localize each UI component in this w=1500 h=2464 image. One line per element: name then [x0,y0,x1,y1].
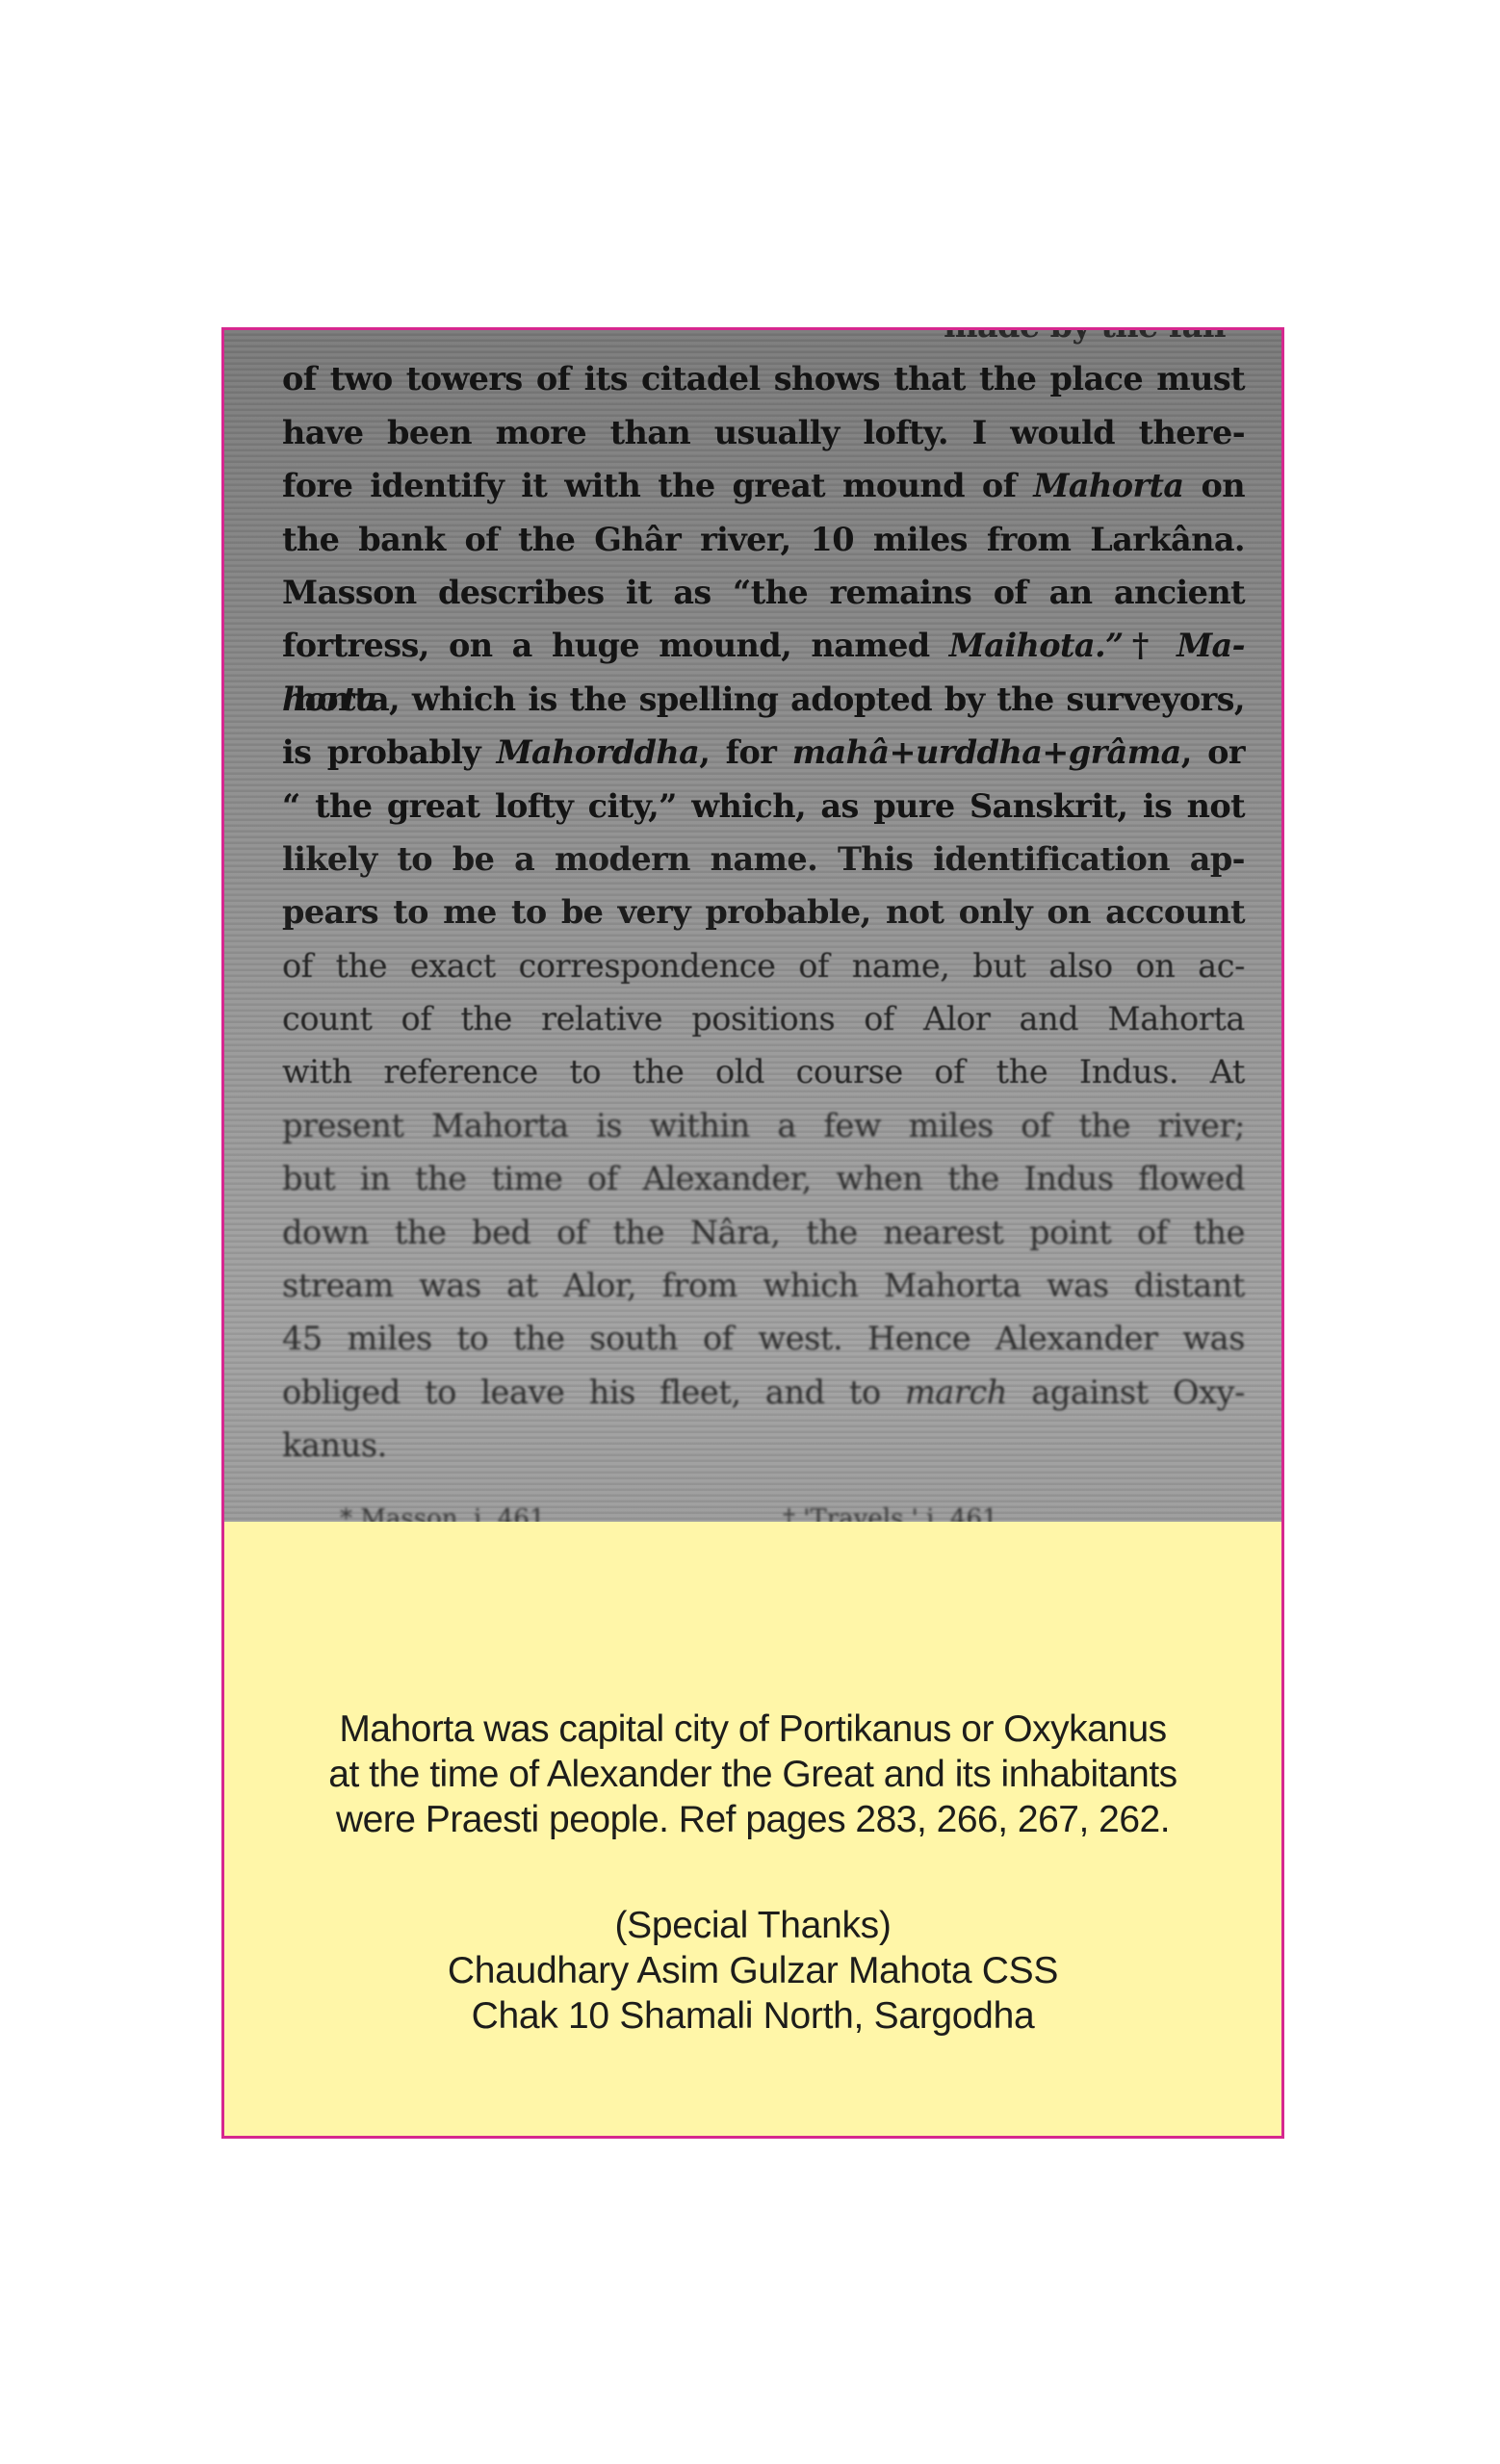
scan-line-10: likely to be a modern name. This identif… [282,833,1245,885]
scan-line-8-tail: , or [1181,733,1245,771]
scan-line-6-text: fortress, on a huge mound, named [282,627,930,664]
credit-name: Chaudhary Asim Gulzar Mahota CSS [224,1948,1281,1993]
credit-location: Chak 10 Shamali North, Sargodha [224,1993,1281,2039]
scan-line-7: hortahorta, which is the spelling adopte… [282,673,1245,726]
caption-line-3: were Praesti people. Ref pages 283, 266,… [224,1797,1281,1842]
scan-line-6: fortress, on a huge mound, named Maihota… [282,619,1245,672]
scan-line-3-tail: on [1201,467,1245,504]
italic-march: march [905,1373,1007,1411]
scan-line-1: of two towers of its citadel shows that … [282,352,1245,405]
scan-line-11: pears to me to be very probable, not onl… [282,885,1245,938]
scan-line-7-text: horta, which is the spelling adopted by … [295,680,1245,718]
page-frame: made by the fall of two towers of its ci… [221,327,1284,2139]
scan-line-8: is probably Mahorddha, for mahâ+urddha+g… [282,726,1245,779]
special-thanks-heading: (Special Thanks) [224,1903,1281,1948]
scan-line-12: of the exact correspondence of name, but… [282,939,1245,992]
sanskrit-formula: mahâ+urddha+grâma [792,733,1181,771]
scan-line-8-mid: , for [699,733,776,771]
scan-line-13: count of the relative positions of Alor … [282,992,1245,1045]
scan-line-17: down the bed of the Nâra, the nearest po… [282,1206,1245,1259]
dagger-footnote-mark: † [1124,627,1157,664]
caption-line-1: Mahorta was capital city of Portikanus o… [224,1707,1281,1752]
scan-line-cut-top: made by the fall [282,330,1245,352]
caption-credits: (Special Thanks) Chaudhary Asim Gulzar M… [224,1903,1281,2039]
scan-line-cut-text: made by the fall [944,330,1226,345]
scan-line-19: 45 miles to the south of west. Hence Ale… [282,1312,1245,1365]
scan-line-8-text: is probably [282,733,480,771]
scan-line-16: but in the time of Alexander, when the I… [282,1152,1245,1205]
footnote-right: † 'Travels,' i. 461. [783,1504,1006,1522]
cut-footnote-line: * Masson, i. 461. † 'Travels,' i. 461. [340,1504,1206,1522]
scan-line-4: the bank of the Ghâr river, 10 miles fro… [282,513,1245,566]
scan-line-20-tail: against Oxy- [1031,1373,1245,1411]
scan-line-5: Masson describes it as “the remains of a… [282,566,1245,619]
italic-mahorta: Mahorta [1033,467,1183,504]
scan-line-21: kanus. [282,1419,1245,1472]
italic-mahorddha: Mahorddha [497,733,700,771]
scan-line-14: with reference to the old course of the … [282,1045,1245,1098]
footnote-left: * Masson, i. 461. [340,1504,554,1522]
scan-line-3-text: fore identify it with the great mound of [282,467,1016,504]
scan-line-15: present Mahorta is within a few miles of… [282,1099,1245,1152]
scan-line-20: obliged to leave his fleet, and to march… [282,1366,1245,1419]
scanned-text-block: made by the fall of two towers of its ci… [282,330,1245,1473]
scan-line-9: “ the great lofty city,” which, as pure … [282,780,1245,833]
caption-line-2: at the time of Alexander the Great and i… [224,1752,1281,1797]
caption-panel: Mahorta was capital city of Portikanus o… [224,1522,1281,2136]
scan-line-6-tail: Ma- [1177,627,1245,664]
scan-line-3: fore identify it with the great mound of… [282,459,1245,512]
italic-maihota: Maihota.” [949,627,1124,664]
scanned-book-page-photo: made by the fall of two towers of its ci… [224,330,1281,1522]
scan-line-20-text: obliged to leave his fleet, and to [282,1373,881,1411]
scan-line-18: stream was at Alor, from which Mahorta w… [282,1259,1245,1312]
caption-description: Mahorta was capital city of Portikanus o… [224,1707,1281,1842]
scan-line-2: have been more than usually lofty. I wou… [282,406,1245,459]
